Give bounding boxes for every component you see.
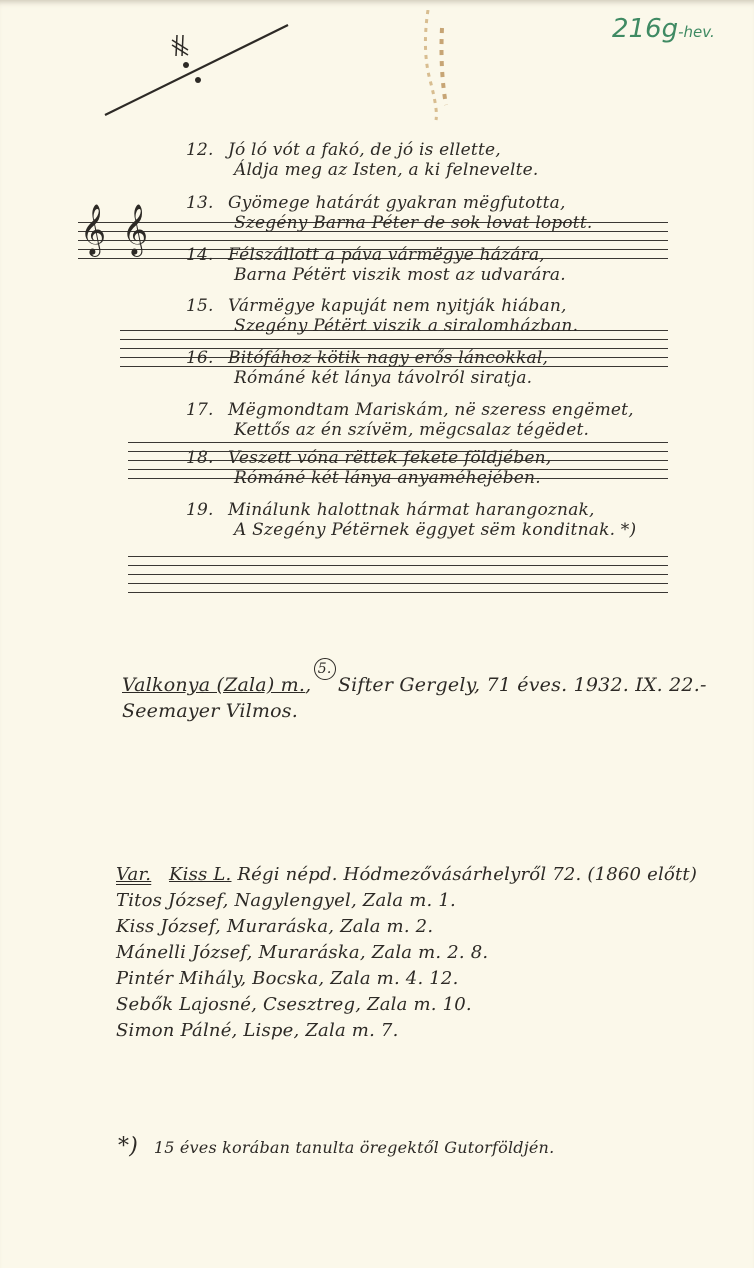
diagonal-mark-icon [100,20,300,120]
music-staff-4 [128,556,668,596]
variants-header: Régi népd. Hódmezővásárhelyről 72. (1860… [237,864,697,885]
verse-13: 13.Gyömege határát gyakran mëgfutotta, S… [186,193,592,233]
verse-17: 17.Mëgmondtam Mariskám, në szeress engëm… [186,400,634,440]
footnote-mark: *) [621,520,637,540]
source-age: 71 éves. [486,674,567,696]
verse-16: 16.Bitófához kötik nagy erős láncokkal, … [186,348,548,388]
treble-clef-icon: 𝄞 [80,208,106,252]
verse-18: 18.Veszett vóna rëttek fekete földjében,… [186,448,551,488]
variant-item: Mánelli József, Muraráska, Zala m. 2. 8. [116,940,697,966]
variants-list: Var. Kiss L. Régi népd. Hódmezővásárhely… [116,862,697,1044]
footnote: *) 15 éves korában tanulta öregektől Gut… [118,1134,554,1159]
archive-suffix: -hev. [678,23,715,41]
treble-clef-icon: 𝄞 [122,208,148,252]
archive-mark: 216g-hev. [612,14,715,44]
manuscript-page: 216g-hev. 𝄞 𝄞 [0,0,754,1268]
source-date: 1932. IX. 22.- [574,674,707,696]
variant-item: Titos József, Nagylengyel, Zala m. 1. [116,888,697,914]
paper-crease-stain [418,10,454,122]
variant-item: Pintér Mihály, Bocska, Zala m. 4. 12. [116,966,697,992]
source-collector: Seemayer Vilmos. [122,698,707,724]
verse-14: 14.Félszállott a páva vármëgye házára, B… [186,245,566,285]
source-info: Valkonya (Zala) m., 5. Sifter Gergely, 7… [122,672,707,724]
variant-item: Simon Pálné, Lispe, Zala m. 7. [116,1018,697,1044]
source-singer: Sifter Gergely [338,674,474,696]
source-place: Valkonya (Zala) m. [122,674,305,696]
variants-ref: Kiss L. [169,864,231,885]
footnote-asterisk: *) [118,1134,138,1159]
variants-label: Var. [116,864,151,885]
circled-number: 5. [314,658,336,680]
variant-item: Sebők Lajosné, Csesztreg, Zala m. 10. [116,992,697,1018]
verse-19: 19.Minálunk halottnak hármat harangoznak… [186,500,636,540]
variant-item: Kiss József, Muraráska, Zala m. 2. [116,914,697,940]
verse-15: 15.Vármëgye kapuját nem nyitják hiában, … [186,296,578,336]
verse-12: 12.Jó ló vót a fakó, de jó is ellette, Á… [186,140,539,180]
footnote-text: 15 éves korában tanulta öregektől Gutorf… [154,1138,555,1157]
archive-number: 216g [612,14,678,44]
